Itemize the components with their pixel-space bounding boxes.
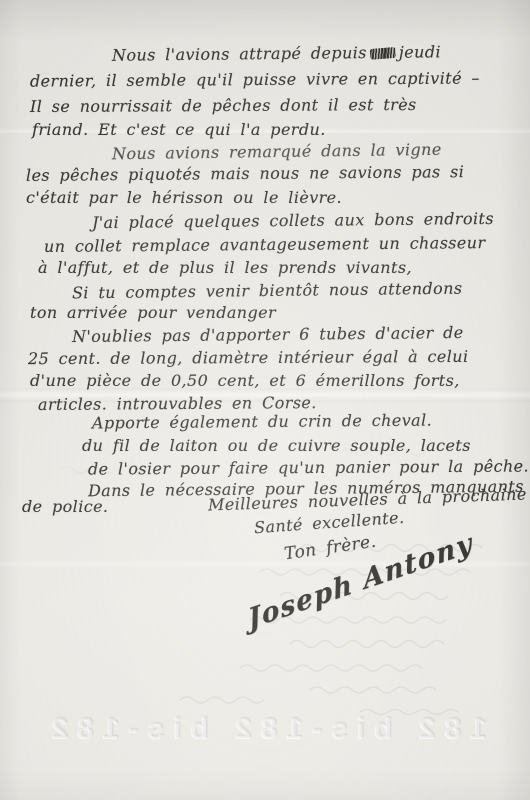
letter-line: Apporte également du crin de cheval. <box>92 413 432 432</box>
letter-line: de l'osier pour faire qu'un panier pour … <box>88 458 529 477</box>
letter-line: 25 cent. de long, diamètre intérieur éga… <box>28 349 469 367</box>
letter-page: Nous l'avions attrapé depuisjeudi dernie… <box>0 0 530 800</box>
letter-line: ton arrivée pour vendanger <box>30 305 276 321</box>
letter-line: dernier, il semble qu'il puisse vivre en… <box>30 70 480 89</box>
letter-line: à l'affut, et de plus il les prends viva… <box>38 260 412 276</box>
embossed-watermark: 182 bis-182 bis-182 <box>0 712 530 746</box>
letter-line-text: jeudi <box>399 42 441 61</box>
letter-line: Nous avions remarqué dans la vigne <box>112 142 442 163</box>
letter-line: Nous l'avions attrapé depuisjeudi <box>112 44 441 63</box>
closing-line: Ton frère. <box>283 534 377 564</box>
letter-line: un collet remplace avantageusement un ch… <box>44 235 486 255</box>
letter-line: Si tu comptes venir bientôt nous attendo… <box>72 281 463 302</box>
letter-line: J'ai placé quelques collets aux bons end… <box>92 211 494 231</box>
letter-line: N'oublies pas d'apporter 6 tubes d'acier… <box>72 325 464 345</box>
letter-line-text: Nous l'avions attrapé depuis <box>112 43 367 65</box>
crossed-out-word <box>369 47 396 60</box>
letter-line: les pêches piquotés mais nous ne savions… <box>26 164 464 184</box>
letter-line: Il se nourrissait de pêches dont il est … <box>30 97 417 115</box>
closing-line: Santé excellente. <box>254 510 405 536</box>
letter-line: de police. <box>22 499 108 515</box>
letter-line: du fil de laiton ou de cuivre souple, la… <box>82 438 471 454</box>
letter-line: friand. Et c'est ce qui l'a perdu. <box>32 122 326 138</box>
letter-line: articles. introuvables en Corse. <box>38 395 317 413</box>
letter-line: c'était par le hérisson ou le lièvre. <box>26 190 342 206</box>
letter-line: d'une pièce de 0,50 cent, et 6 émerillon… <box>30 373 460 389</box>
